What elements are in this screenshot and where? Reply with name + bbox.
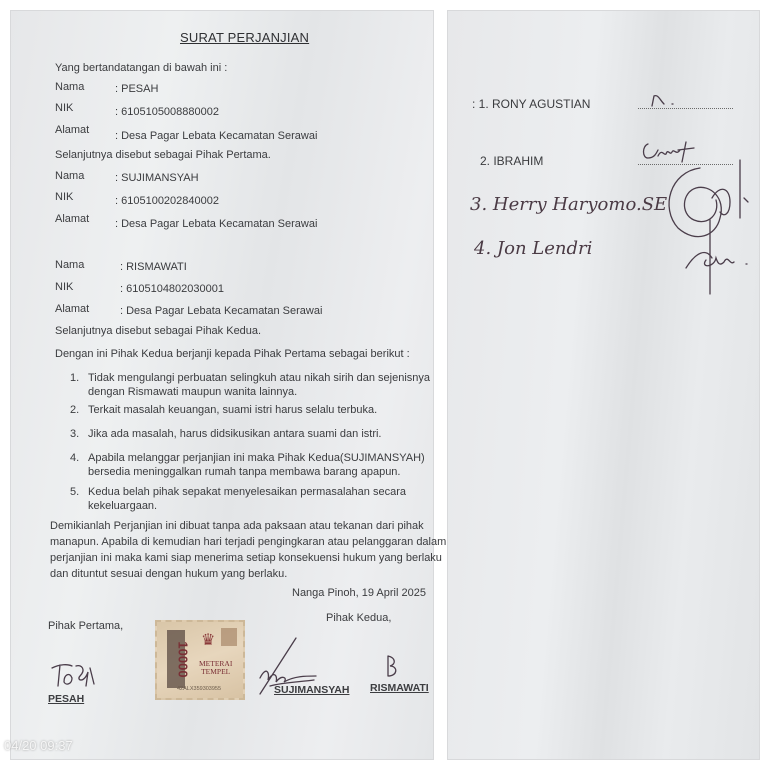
witness-2-label: 2. IBRAHIM (480, 154, 543, 168)
clause-number: 1. (70, 372, 79, 384)
party1-address: : Desa Pagar Lebata Kecamatan Serawai (115, 130, 317, 142)
first-party-heading: Pihak Pertama, (48, 620, 123, 632)
signature-pesah-icon (50, 660, 100, 690)
witness-page (447, 10, 760, 760)
witness-1-sign-line (638, 108, 733, 109)
witness-4-label: 4. Jon Lendri (474, 238, 592, 259)
witness-1-signature-icon (648, 92, 678, 108)
stamp-corner (221, 628, 237, 646)
clause-text: kekeluargaan. (88, 500, 157, 512)
witness-4-signature-icon (680, 218, 760, 298)
clause-number: 5. (70, 486, 79, 498)
intro-text: Yang bertandatangan di bawah ini : (55, 62, 227, 74)
witness-3-label: 3. Herry Haryomo.SE (470, 194, 667, 215)
duty-stamp: 10000 ♛ METERAITEMPEL 42ALX359303955 (155, 620, 245, 700)
party1-name-label: Nama (55, 81, 84, 93)
garuda-emblem-icon: ♛ (201, 630, 215, 650)
document-title: SURAT PERJANJIAN (180, 30, 309, 45)
party3-address: : Desa Pagar Lebata Kecamatan Serawai (120, 305, 322, 317)
clause-text: Terkait masalah keuangan, suami istri ha… (88, 404, 377, 416)
party3-address-label: Alamat (55, 303, 89, 315)
party1-address-label: Alamat (55, 124, 89, 136)
party1-nik: : 6105105008880002 (115, 106, 219, 118)
signature-rismawati-icon (384, 654, 404, 680)
stamp-text: METERAITEMPEL (199, 660, 232, 676)
signatory-pesah: PESAH (48, 693, 84, 705)
party3-nik: : 6105104802030001 (120, 283, 224, 295)
second-party-heading: Pihak Kedua, (326, 612, 391, 624)
party1-nik-label: NIK (55, 102, 73, 114)
signatory-rismawati: RISMAWATI (370, 682, 429, 694)
signatory-sujimansyah: SUJIMANSYAH (274, 684, 349, 696)
photo-timestamp: 04/20 09:37 (4, 738, 73, 753)
party2-name: : SUJIMANSYAH (115, 172, 199, 184)
promise-intro: Dengan ini Pihak Kedua berjanji kepada P… (55, 348, 410, 360)
clause-text: bersedia meninggalkan rumah tanpa membaw… (88, 466, 401, 478)
clause-number: 3. (70, 428, 79, 440)
clause-text: Apabila melanggar perjanjian ini maka Pi… (88, 452, 425, 464)
closing-line: manapun. Apabila di kemudian hari terjad… (50, 536, 446, 548)
first-party-note: Selanjutnya disebut sebagai Pihak Pertam… (55, 149, 271, 161)
clause-text: Jika ada masalah, harus didsikusikan ant… (88, 428, 381, 440)
closing-line: perjanjian ini maka kami siap menerima s… (50, 552, 442, 564)
party3-name: : RISMAWATI (120, 261, 187, 273)
party3-name-label: Nama (55, 259, 84, 271)
party3-nik-label: NIK (55, 281, 73, 293)
witness-1-label: : 1. RONY AGUSTIAN (472, 97, 590, 111)
clause-number: 2. (70, 404, 79, 416)
party2-address-label: Alamat (55, 213, 89, 225)
second-party-note: Selanjutnya disebut sebagai Pihak Kedua. (55, 325, 261, 337)
party1-name: : PESAH (115, 83, 158, 95)
party2-nik: : 6105100202840002 (115, 195, 219, 207)
clause-text: Tidak mengulangi perbuatan selingkuh ata… (88, 372, 430, 384)
closing-line: dan dituntut sesuai dengan hukum yang be… (50, 568, 287, 580)
clause-number: 4. (70, 452, 79, 464)
party2-address: : Desa Pagar Lebata Kecamatan Serawai (115, 218, 317, 230)
stamp-amount: 10000 (176, 641, 191, 677)
stamp-code: 42ALX359303955 (177, 686, 221, 692)
party2-name-label: Nama (55, 170, 84, 182)
clause-text: dengan Rismawati maupun wanita lainnya. (88, 386, 297, 398)
place-date: Nanga Pinoh, 19 April 2025 (292, 587, 426, 599)
party2-nik-label: NIK (55, 191, 73, 203)
closing-line: Demikianlah Perjanjian ini dibuat tanpa … (50, 520, 424, 532)
clause-text: Kedua belah pihak sepakat menyelesaikan … (88, 486, 406, 498)
